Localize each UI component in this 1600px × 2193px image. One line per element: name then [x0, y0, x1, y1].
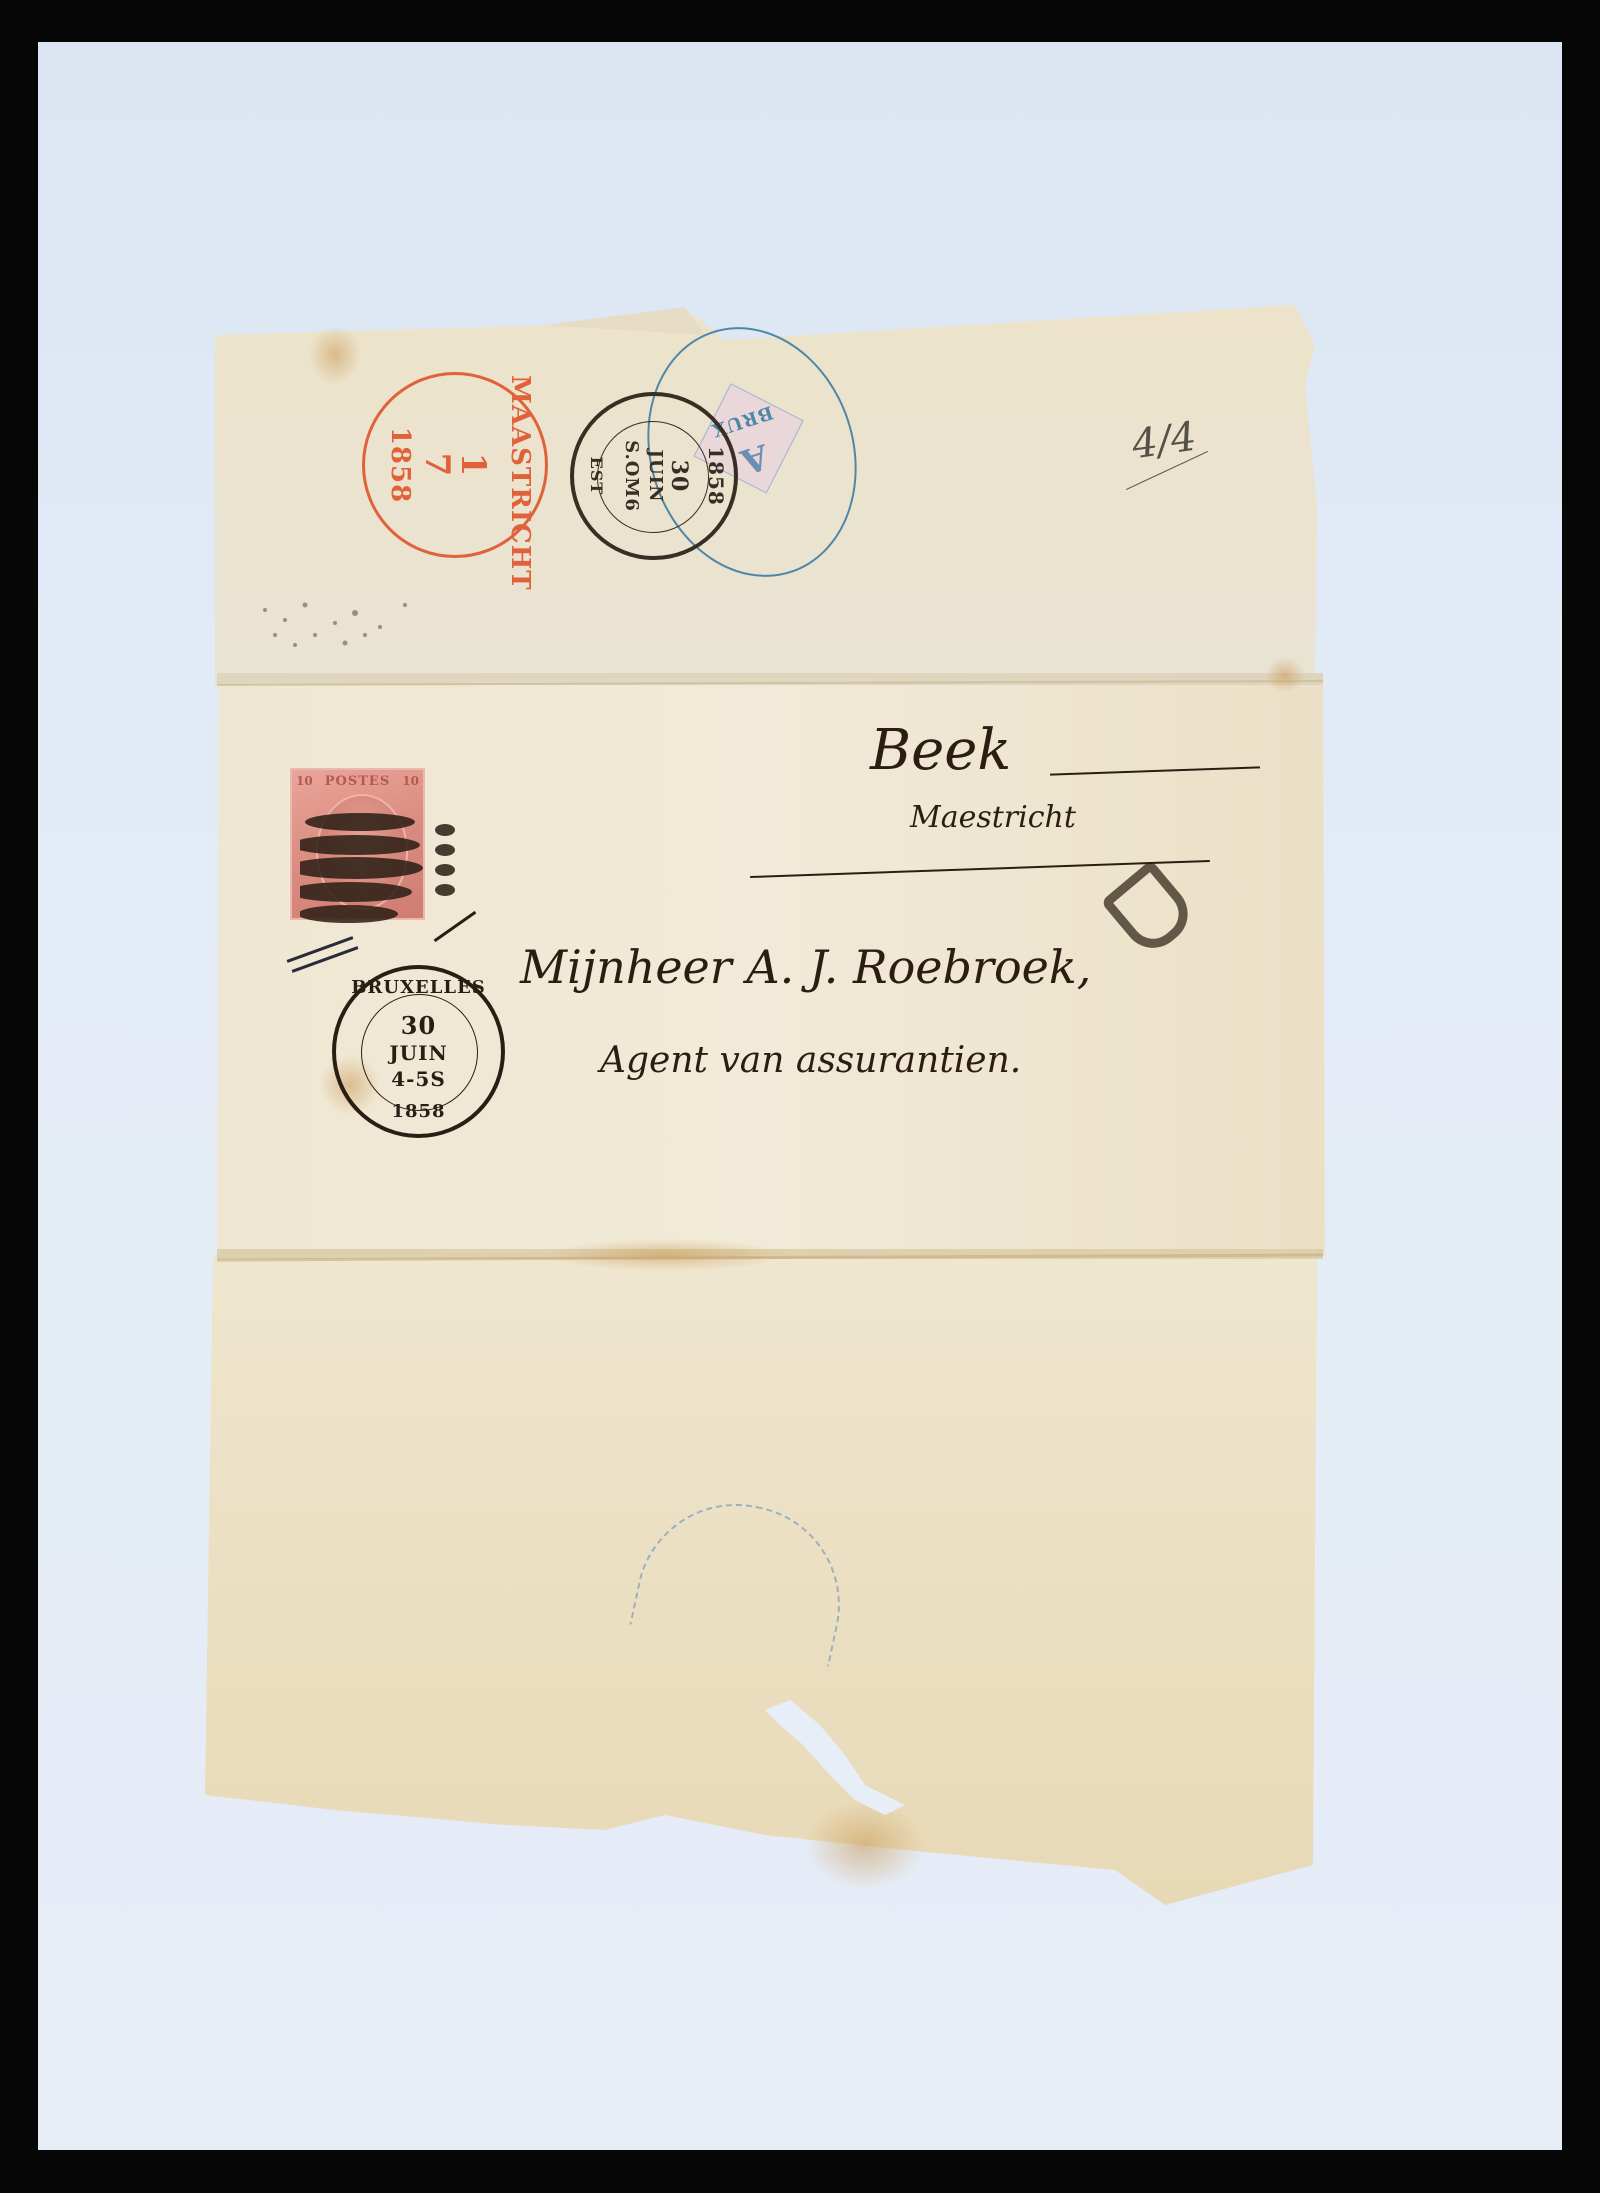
stamp-value-right: 10: [402, 774, 419, 788]
transit-ring-text: 1858: [704, 396, 728, 556]
transit-time: S.OM6: [621, 396, 642, 556]
transit-day: 30: [666, 396, 692, 556]
destination-line-2: Maestricht: [910, 800, 1076, 835]
bruxelles-time: 4-5S: [336, 1067, 501, 1091]
maastricht-postmark: MAASTRICHT 1 7 1858: [362, 372, 548, 558]
transit-month: JUIN: [645, 396, 666, 556]
addressee-line-2: Agent van assurantien.: [600, 1040, 1021, 1081]
postmark-day: 1: [453, 375, 493, 555]
transit-postmark: 1858 30 JUIN S.OM6 EST: [570, 392, 738, 560]
postmark-city: MAASTRICHT: [505, 375, 535, 555]
addressee-line-1: Mijnheer A. J. Roebroek,: [520, 940, 1091, 994]
barred-cancel: [300, 800, 460, 940]
bruxelles-month: JUIN: [336, 1041, 501, 1065]
bruxelles-day: 30: [336, 1011, 501, 1040]
bruxelles-city: BRUXELLES: [336, 977, 501, 998]
postmark-year: 1858: [385, 375, 415, 555]
postmark-month: 7: [417, 375, 457, 555]
destination-line-1: Beek: [870, 718, 1011, 783]
transit-side-text: EST: [587, 396, 606, 556]
bruxelles-year: 1858: [336, 1101, 501, 1122]
bruxelles-postmark: BRUXELLES 30 JUIN 4-5S 1858: [332, 965, 505, 1138]
